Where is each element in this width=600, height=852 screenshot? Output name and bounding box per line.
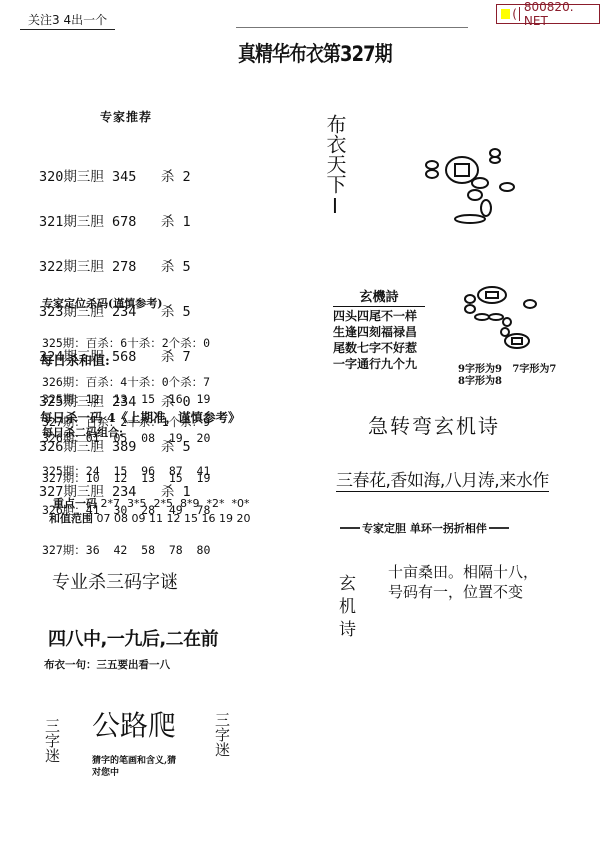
three-char-word: 公路爬 bbox=[92, 704, 176, 744]
turn-poem-line: 三春花,香如海,八月涛,来水作 bbox=[336, 466, 549, 492]
buyi-line: 布衣一句：三五要出看一八 bbox=[44, 657, 170, 672]
list-item: 321期三胆 678 杀 1 bbox=[39, 215, 191, 230]
divider bbox=[489, 527, 509, 529]
turn-poem-title: 急转弯玄机诗 bbox=[368, 410, 500, 439]
coins-shape-icon bbox=[462, 285, 542, 355]
top-note: 关注3 4出一个 bbox=[20, 12, 115, 30]
coins-illustration-icon bbox=[420, 145, 530, 225]
yellow-square-icon bbox=[501, 9, 510, 19]
riddle-line: 四八中,一九后,二在前 bbox=[48, 625, 218, 651]
list-item: 320期三胆 345 杀 2 bbox=[39, 170, 191, 185]
list-item: 325期：12 13 15 16 19 bbox=[42, 393, 210, 406]
sum-range-value: 07 08 09 11 12 15 16 19 20 bbox=[97, 512, 251, 525]
shape-caption-row-2: 8字形为8 bbox=[458, 376, 502, 388]
three-char-side-right: 三字迷 bbox=[212, 712, 233, 757]
page-title: 真精华布衣第327期 bbox=[238, 38, 392, 68]
top-divider bbox=[236, 27, 468, 28]
poem-title: 玄機詩 bbox=[333, 290, 425, 307]
list-item: 325期：24 15 96 87 41 bbox=[42, 465, 210, 478]
xuanji-text: 十亩桑田。相隔十八， 号码有一，位置不变 bbox=[388, 562, 538, 602]
xuanji-poem-box: 玄機詩 四头四尾不一样 生逢四刻福禄昌 尾数七字不好惹 一字通行九个九 bbox=[333, 290, 425, 372]
poem-line: 四头四尾不一样 bbox=[333, 308, 425, 324]
watermark-badge[interactable]: ( 800820. NET bbox=[496, 4, 600, 24]
poem-line: 一字通行九个九 bbox=[333, 356, 425, 372]
three-char-side-left: 三字迷 bbox=[42, 718, 63, 763]
list-item: 325期：百杀：6十杀：2个杀：0 bbox=[42, 337, 210, 350]
sum-range-label: 和值范围 bbox=[49, 512, 93, 525]
poem-line: 生逢四刻福禄昌 bbox=[333, 324, 425, 340]
divider bbox=[340, 527, 360, 529]
riddle-title: 专业杀三码字谜 bbox=[52, 568, 178, 594]
expert-recommend-title: 专家推荐 bbox=[100, 108, 152, 125]
list-item: 327期：36 42 58 78 80 bbox=[42, 544, 210, 557]
shape-caption-row-1: 9字形为9 7字形为7 bbox=[458, 364, 556, 376]
poem-line: 尾数七字不好惹 bbox=[333, 340, 425, 356]
xuanji-side: 玄机诗 bbox=[335, 574, 355, 643]
expert-banner: 专家定胆 单环一拐折相伴 bbox=[340, 520, 509, 536]
watermark-url[interactable]: 800820. NET bbox=[520, 0, 599, 28]
position-kill-title: 专家定位杀码(谨慎参考) bbox=[42, 295, 162, 311]
sum-range-row: 和值范围 07 08 09 11 12 15 16 19 20 bbox=[42, 497, 250, 526]
list-item: 322期三胆 278 杀 5 bbox=[39, 260, 191, 275]
watermark-prefix: ( bbox=[512, 7, 520, 21]
three-char-hint: 猜字的笔画和含义,猜 对您中 bbox=[92, 755, 176, 779]
buyi-tianxia: 布衣天下I bbox=[324, 114, 346, 218]
